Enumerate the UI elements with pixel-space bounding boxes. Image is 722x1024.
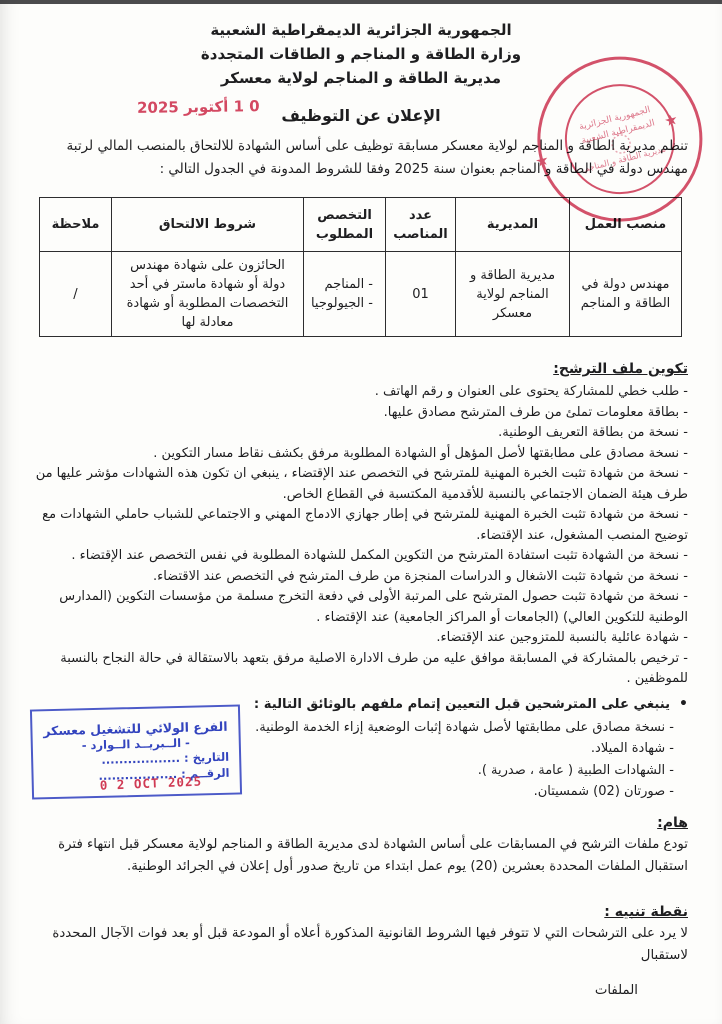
dossier-item: - نسخة من الشهادة تثبت استفادة المترشح م… xyxy=(26,546,688,567)
table-header-row: منصب العمل المديرية عدد المناصب التخصص ا… xyxy=(40,198,682,252)
cell-conditions: الحائزون على شهادة مهندس دولة أو شهادة م… xyxy=(112,252,304,337)
bullet-icon: • xyxy=(679,696,688,712)
notice-paragraph-continuation: الملفات xyxy=(28,980,688,1002)
dossier-item: - طلب خطي للمشاركة يحتوى على العنوان و ر… xyxy=(26,382,688,403)
dossier-item: - شهادة عائلية بالنسبة للمتزوجين عند الإ… xyxy=(26,628,688,649)
cell-post: مهندس دولة في الطاقة و المناجم xyxy=(570,252,682,337)
specialty-line: - الجيولوجيا xyxy=(310,294,379,313)
col-header-note: ملاحظة xyxy=(40,198,112,252)
document-page: الجمهورية الجزائرية الديمقراطية الشعبية … xyxy=(0,0,722,1024)
dossier-list: - طلب خطي للمشاركة يحتوى على العنوان و ر… xyxy=(26,382,688,690)
specialty-line: - المناجم xyxy=(310,275,379,294)
recruitment-table: منصب العمل المديرية عدد المناصب التخصص ا… xyxy=(39,197,682,337)
intro-paragraph: تنظم مديرية الطاقة و المناجم لولاية معسك… xyxy=(30,135,688,181)
col-header-positions: عدد المناصب xyxy=(386,198,456,252)
dossier-item: - نسخة من شهادة تثبت الخبرة المهنية للمت… xyxy=(26,505,688,546)
important-paragraph: تودع ملفات الترشح في المسابقات على أساس … xyxy=(28,834,688,878)
page-title: الإعلان عن التوظيف xyxy=(0,106,722,125)
dossier-item: - نسخة من شهادة تثبت الاشغال و الدراسات … xyxy=(26,567,688,588)
col-header-specialty: التخصص المطلوب xyxy=(304,198,386,252)
republic-line: الجمهورية الجزائرية الديمقراطية الشعبية xyxy=(0,18,722,42)
important-heading: هام: xyxy=(34,815,688,831)
dossier-item: - نسخة من بطاقة التعريف الوطنية. xyxy=(26,423,688,444)
col-header-directorate: المديرية xyxy=(456,198,570,252)
dossier-item: - بطاقة معلومات تملئ من طرف المترشح مصاد… xyxy=(26,403,688,424)
letterhead: الجمهورية الجزائرية الديمقراطية الشعبية … xyxy=(0,0,722,90)
registry-stamp: الفرع الولائي للتشغيل معسكر - الــبريــد… xyxy=(30,704,242,799)
dossier-item: - نسخة مصادق على مطابقتها لأصل المؤهل أو… xyxy=(26,444,688,465)
cell-note: / xyxy=(40,252,112,337)
dossier-heading: تكوين ملف الترشح: xyxy=(34,361,688,377)
received-date-stamp: 0 2 OCT 2025 xyxy=(99,774,202,793)
notice-paragraph: لا يرد على الترشحات التي لا تتوفر فيها ا… xyxy=(28,923,688,967)
date-stamp: 0 1 أكتوبر 2025 xyxy=(137,97,260,117)
notice-heading: نقطة تنبيه : xyxy=(34,904,688,920)
col-header-post: منصب العمل xyxy=(570,198,682,252)
pre-appointment-heading-text: ينبغي على المترشحين قبل التعيين إتمام مل… xyxy=(254,697,670,712)
dossier-item: - نسخة من شهادة تثبت حصول المترشح على ال… xyxy=(26,587,688,628)
col-header-conditions: شروط الالتحاق xyxy=(112,198,304,252)
dossier-item: - ترخيص بالمشاركة في المسابقة موافق عليه… xyxy=(26,649,688,690)
table-row: مهندس دولة في الطاقة و المناجم مديرية ال… xyxy=(40,252,682,337)
cell-directorate: مديرية الطاقة و المناجم لولاية معسكر xyxy=(456,252,570,337)
directorate-line: مديرية الطاقة و المناجم لولاية معسكر xyxy=(0,66,722,90)
dossier-item: - نسخة من شهادة تثبت الخبرة المهنية للمت… xyxy=(26,464,688,505)
ministry-line: وزارة الطاقة و المناجم و الطاقات المتجدد… xyxy=(0,42,722,66)
cell-positions: 01 xyxy=(386,252,456,337)
cell-specialty: - المناجم - الجيولوجيا xyxy=(304,252,386,337)
scan-edge xyxy=(0,0,722,4)
